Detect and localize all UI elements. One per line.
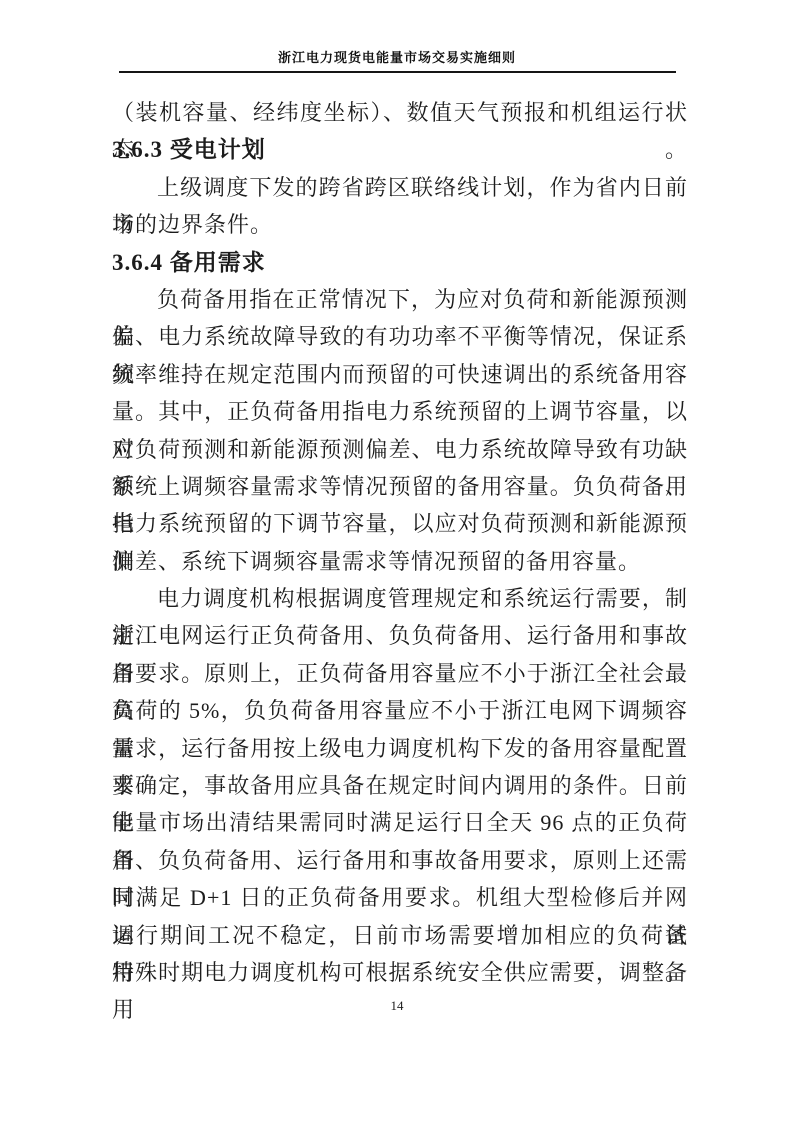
body-line: 电力调度机构根据调度管理规定和系统运行需要，制定 [112, 580, 688, 617]
body-line: 场的边界条件。 [112, 206, 688, 243]
page-number: 14 [0, 998, 794, 1014]
body-line: 需求，运行备用按上级电力调度机构下发的备用容量配置要 [112, 730, 688, 767]
page-header-title: 浙江电力现货电能量市场交易实施细则 [0, 47, 794, 66]
body-line: 差、电力系统故障导致的有功功率不平衡等情况，保证系统 [112, 318, 688, 355]
body-line: （装机容量、经纬度坐标）、数值天气预报和机组运行状态。 [112, 94, 688, 131]
body-line: 负荷的 5%，负负荷备用容量应不小于浙江电网下调频容量 [112, 692, 688, 729]
body-line: 时满足 D+1 日的正负荷备用要求。机组大型检修后并网调试 [112, 879, 688, 916]
document-body: （装机容量、经纬度坐标）、数值天气预报和机组运行状态。 3.6.3 受电计划 上… [112, 94, 688, 991]
body-line: 上级调度下发的跨省跨区联络线计划，作为省内日前市 [112, 169, 688, 206]
body-line: 量。其中，正负荷备用指电力系统预留的上调节容量，以应 [112, 393, 688, 430]
body-line: 系统上调频容量需求等情况预留的备用容量。负负荷备用指 [112, 468, 688, 505]
header-rule [119, 71, 676, 73]
body-line: 求确定，事故备用应具备在规定时间内调用的条件。日前电 [112, 767, 688, 804]
section-heading-3-6-4: 3.6.4 备用需求 [112, 244, 688, 281]
body-line: 浙江电网运行正负荷备用、负负荷备用、运行备用和事故备 [112, 617, 688, 654]
body-line: 电力系统预留的下调节容量，以应对负荷预测和新能源预测 [112, 505, 688, 542]
body-line: 运行期间工况不稳定，日前市场需要增加相应的负荷备用。 [112, 917, 688, 954]
body-line: 负荷备用指在正常情况下，为应对负荷和新能源预测偏 [112, 281, 688, 318]
body-line: 用、负负荷备用、运行备用和事故备用要求，原则上还需同 [112, 842, 688, 879]
body-line: 偏差、系统下调频容量需求等情况预留的备用容量。 [112, 543, 688, 580]
body-line: 频率维持在规定范围内而预留的可快速调出的系统备用容 [112, 356, 688, 393]
body-line: 能量市场出清结果需同时满足运行日全天 96 点的正负荷备 [112, 804, 688, 841]
body-line: 特殊时期电力调度机构可根据系统安全供应需要，调整备用 [112, 954, 688, 991]
body-line: 对负荷预测和新能源预测偏差、电力系统故障导致有功缺额、 [112, 431, 688, 468]
body-line: 用要求。原则上，正负荷备用容量应不小于浙江全社会最高 [112, 655, 688, 692]
document-page: 浙江电力现货电能量市场交易实施细则 （装机容量、经纬度坐标）、数值天气预报和机组… [0, 0, 794, 1123]
